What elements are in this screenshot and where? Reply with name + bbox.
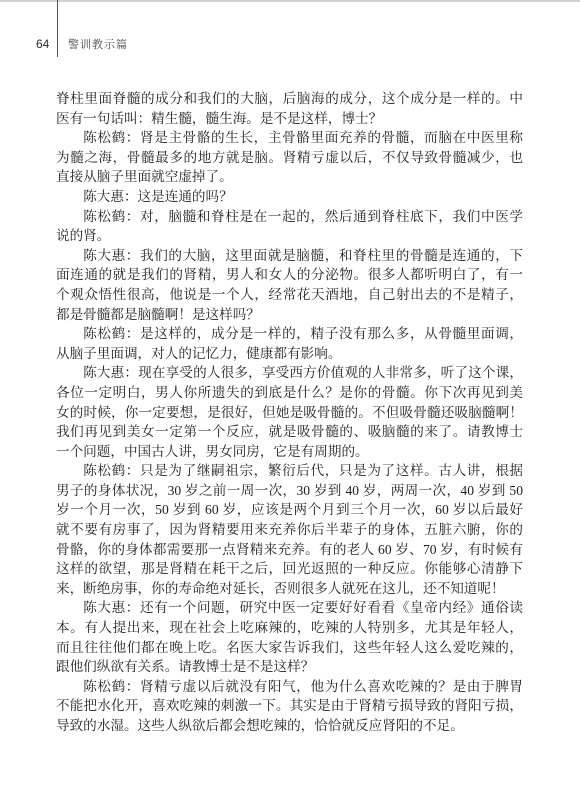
text-line: 一个问题，中国古人讲，男女同房，它是有周期的。 [56, 442, 523, 462]
text-line: 本。有人提出来，现在社会上吃麻辣的，吃辣的人特别多，尤其是年轻人， [56, 618, 523, 638]
text-line: 医有一句话叫：精生髓，髓生海。是不是这样，博士？ [56, 109, 523, 129]
text-line: 面连通的就是我们的肾精，男人和女人的分泌物。很多人都听明白了，有一 [56, 265, 523, 285]
text-line: 陈松鹤：肾精亏虚以后就没有阳气，他为什么喜欢吃辣的？是由于脾胃 [56, 677, 523, 697]
body-text: 脊柱里面脊髓的成分和我们的大脑，后脑海的成分，这个成分是一样的。中 医有一句话叫… [56, 89, 523, 736]
dialogue-paragraph: 陈大惠：这是连通的吗？ [56, 187, 523, 207]
text-line: 陈松鹤：只是为了继嗣祖宗，繁衍后代，只是为了这样。古人讲，根据 [56, 461, 523, 481]
dialogue-paragraph: 陈松鹤：只是为了继嗣祖宗，繁衍后代，只是为了这样。古人讲，根据 男子的身体状况，… [56, 461, 523, 598]
paragraph: 脊柱里面脊髓的成分和我们的大脑，后脑海的成分，这个成分是一样的。中 医有一句话叫… [56, 89, 523, 128]
text-line: 跟他们纵欲有关系。请教博士是不是这样？ [56, 657, 523, 677]
text-line: 岁一个月一次，50 岁到 60 岁，应该是两个月到三个月一次，60 岁以后最好 [56, 500, 523, 520]
text-line: 女的时候，你一定要想，是很好，但她是吸骨髓的。不但吸骨髓还吸脑髓啊！ [56, 403, 523, 423]
text-line: 说的肾。 [56, 226, 523, 246]
text-line: 骨骼，你的身体都需要那一点肾精来充养。有的老人 60 岁、70 岁，有时候有 [56, 540, 523, 560]
text-line: 各位一定明白，男人你所遗失的到底是什么？是你的骨髓。你下次再见到美 [56, 383, 523, 403]
dialogue-paragraph: 陈松鹤：对，脑髓和脊柱是在一起的，然后通到脊柱底下，我们中医学 说的肾。 [56, 207, 523, 246]
text-line: 个观众悟性很高，他说是一个人，经常花天酒地，自己射出去的不是精子， [56, 285, 523, 305]
text-line: 导致的水湿。这些人纵欲后都会想吃辣的，恰恰就反应肾阳的不足。 [56, 716, 523, 736]
text-line: 陈大惠：还有一个问题，研究中医一定要好好看看《皇帝内经》通俗读 [56, 598, 523, 618]
text-line: 直接从脑子里面就空虚掉了。 [56, 167, 523, 187]
text-line: 陈大惠：现在享受的人很多，享受西方价值观的人非常多，听了这个课， [56, 363, 523, 383]
text-line: 脊柱里面脊髓的成分和我们的大脑，后脑海的成分，这个成分是一样的。中 [56, 89, 523, 109]
top-border [0, 0, 580, 2]
dialogue-paragraph: 陈松鹤：肾是主骨骼的生长，主骨骼里面充养的骨髓，而脑在中医里称 为髓之海，骨髓最… [56, 128, 523, 187]
text-line: 为髓之海，骨髓最多的地方就是脑。肾精亏虚以后，不仅导致骨髓减少，也 [56, 148, 523, 168]
page-number: 64 [36, 37, 49, 51]
text-line: 陈松鹤：对，脑髓和脊柱是在一起的，然后通到脊柱底下，我们中医学 [56, 207, 523, 227]
header-divider [57, 0, 58, 57]
section-title: 警训教示篇 [68, 38, 128, 52]
dialogue-paragraph: 陈大惠：现在享受的人很多，享受西方价值观的人非常多，听了这个课， 各位一定明白，… [56, 363, 523, 461]
text-line: 这样的欲望，那是肾精在耗干之后，回光返照的一种反应。你能够心清静下 [56, 559, 523, 579]
text-line: 都是骨髓都是脑髓啊！是这样吗？ [56, 305, 523, 325]
text-line: 男子的身体状况，30 岁之前一周一次，30 岁到 40 岁，两周一次，40 岁到… [56, 481, 523, 501]
text-line: 我们再见到美女一定第一个反应，就是吸骨髓的、吸脑髓的来了。请教博士 [56, 422, 523, 442]
text-line: 陈大惠：我们的大脑，这里面就是脑髓，和脊柱里的骨髓是连通的，下 [56, 246, 523, 266]
text-line: 陈大惠：这是连通的吗？ [56, 187, 523, 207]
text-line: 就不要有房事了，因为肾精要用来充养你后半辈子的身体，五脏六腑，你的 [56, 520, 523, 540]
text-line: 陈松鹤：是这样的，成分是一样的，精子没有那么多，从骨髓里面调， [56, 324, 523, 344]
text-line: 从脑子里面调，对人的记忆力，健康都有影响。 [56, 344, 523, 364]
text-line: 不能把水化开，喜欢吃辣的刺激一下。其实是由于肾精亏损导致的肾阳亏损， [56, 696, 523, 716]
text-line: 陈松鹤：肾是主骨骼的生长，主骨骼里面充养的骨髓，而脑在中医里称 [56, 128, 523, 148]
text-line: 而且往往他们都在晚上吃。名医大家告诉我们，这些年轻人这么爱吃辣的， [56, 638, 523, 658]
text-line: 来，断绝房事，你的寿命绝对延长，否则很多人就死在这儿，还不知道呢！ [56, 579, 523, 599]
dialogue-paragraph: 陈大惠：还有一个问题，研究中医一定要好好看看《皇帝内经》通俗读 本。有人提出来，… [56, 598, 523, 676]
dialogue-paragraph: 陈大惠：我们的大脑，这里面就是脑髓，和脊柱里的骨髓是连通的，下 面连通的就是我们… [56, 246, 523, 324]
dialogue-paragraph: 陈松鹤：是这样的，成分是一样的，精子没有那么多，从骨髓里面调， 从脑子里面调，对… [56, 324, 523, 363]
dialogue-paragraph: 陈松鹤：肾精亏虚以后就没有阳气，他为什么喜欢吃辣的？是由于脾胃 不能把水化开，喜… [56, 677, 523, 736]
